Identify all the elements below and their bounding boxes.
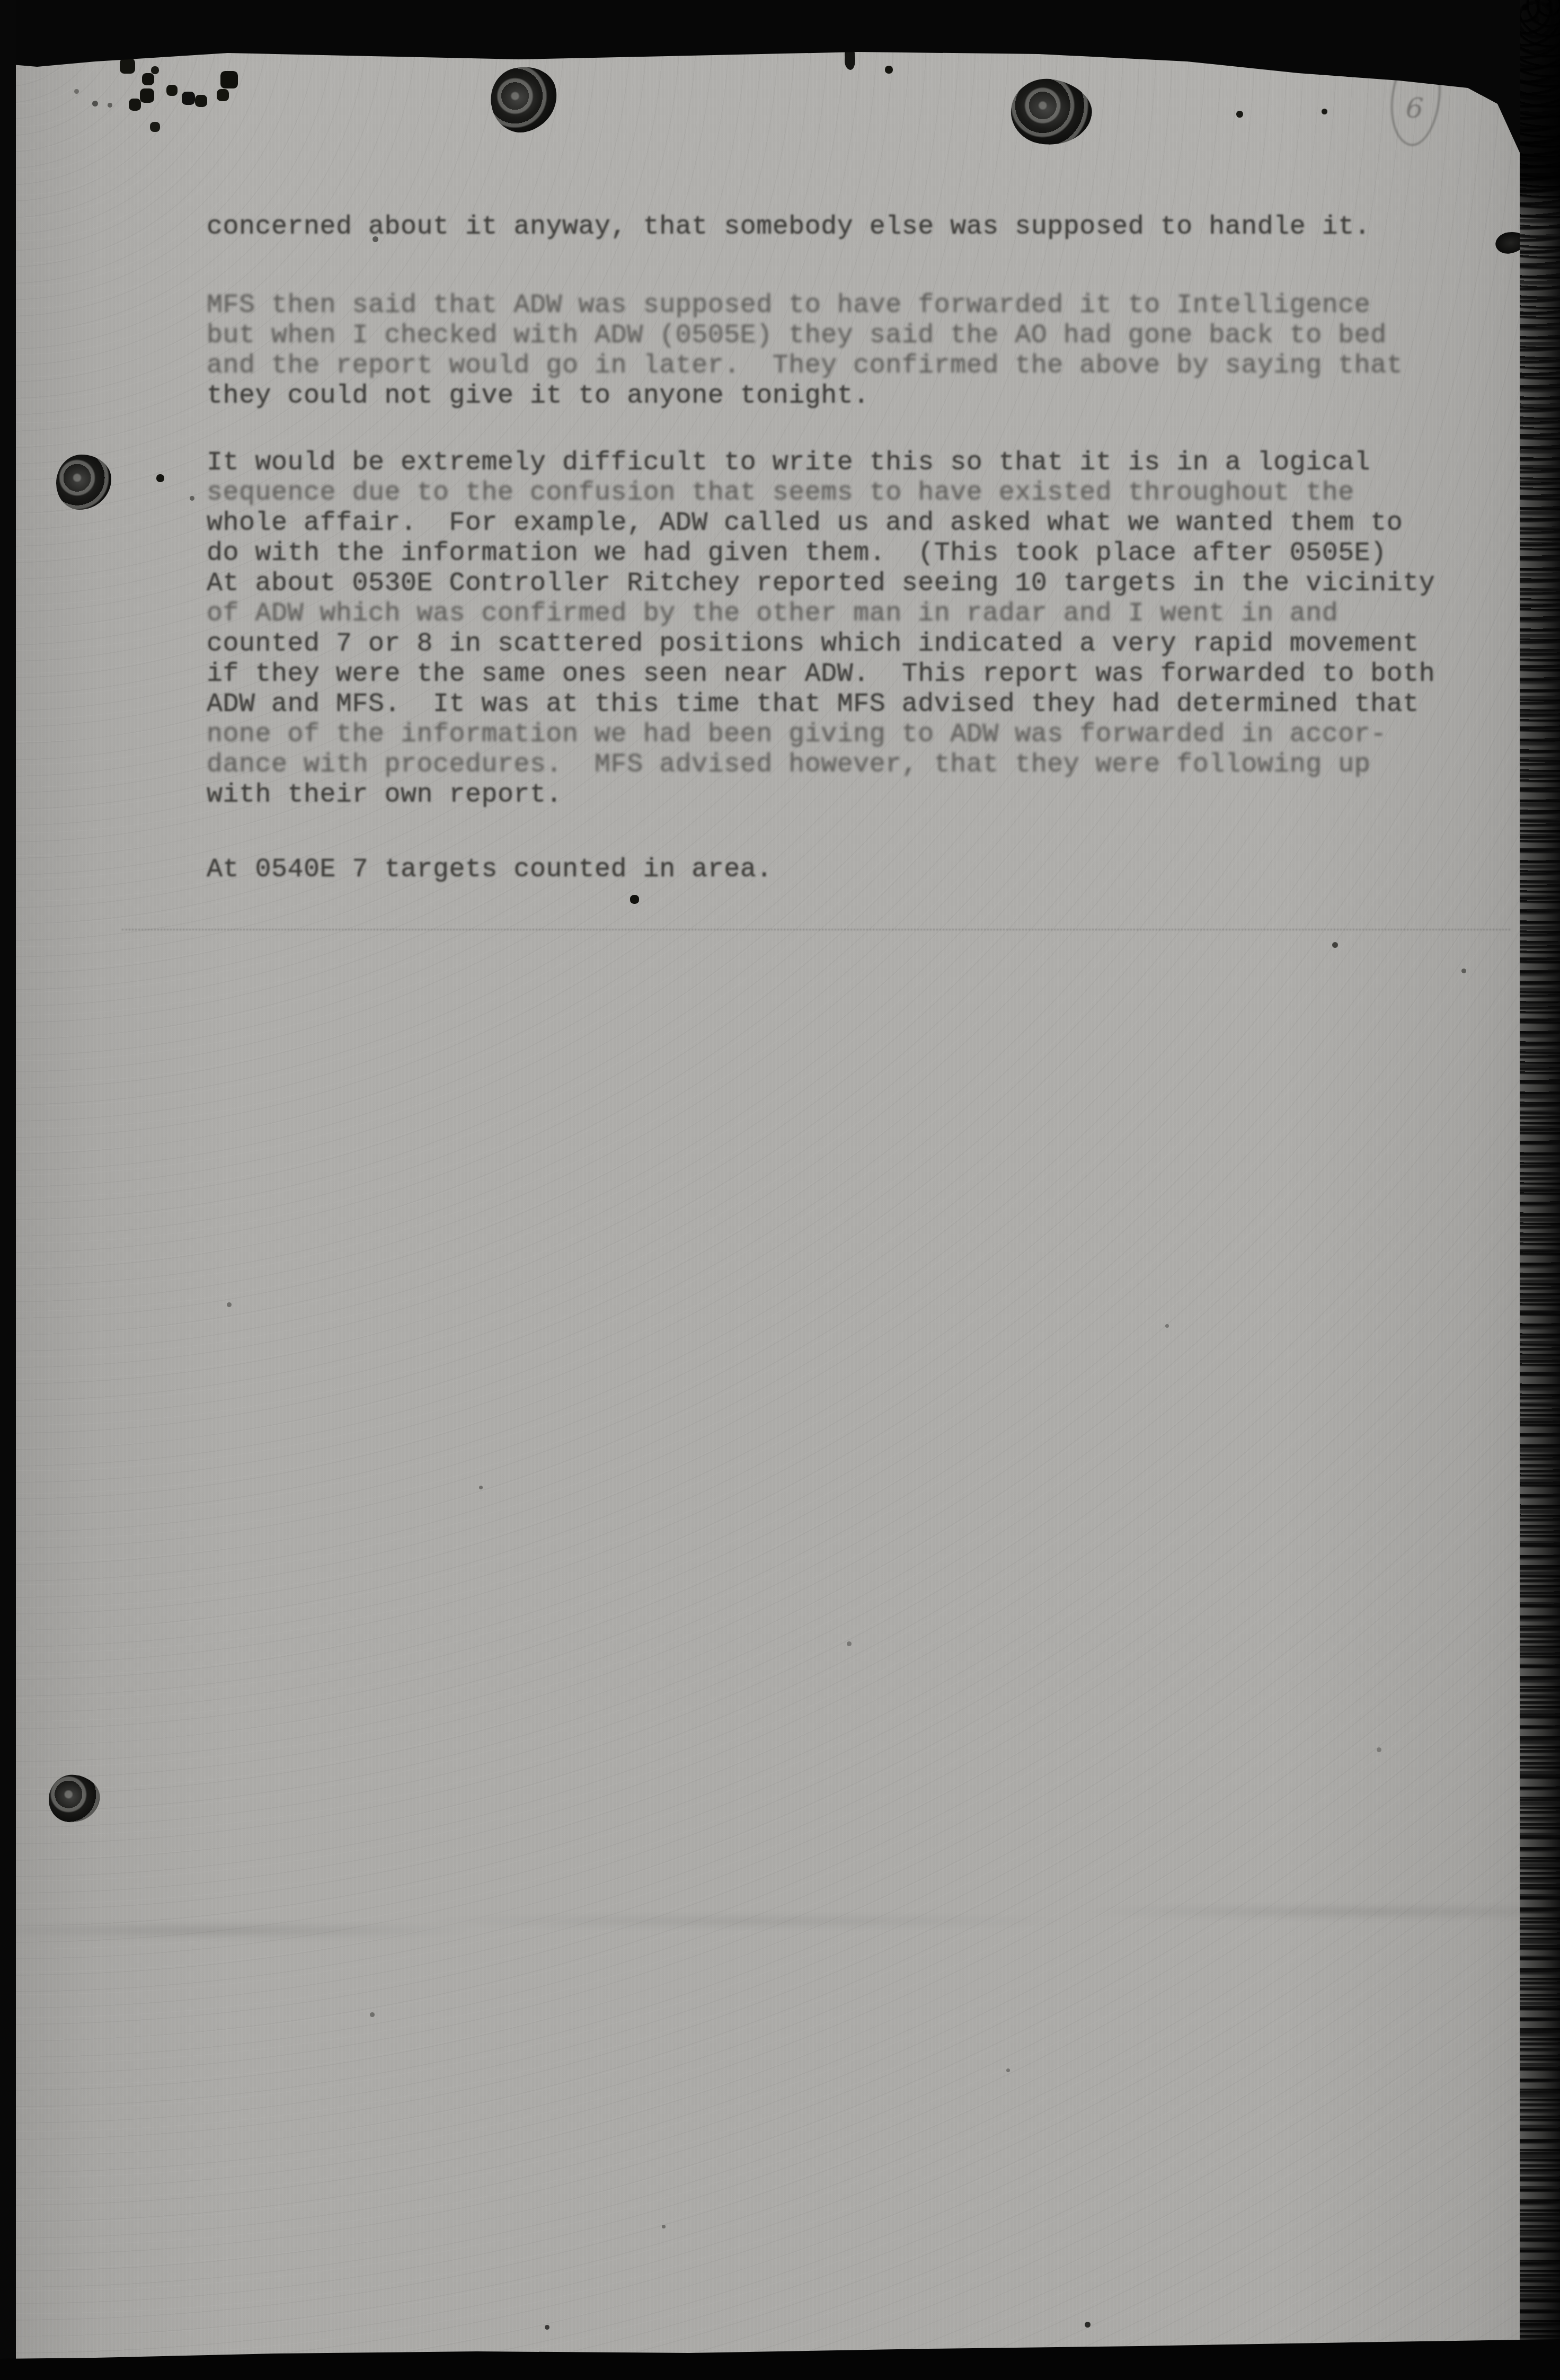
text-line: they could not give it to anyone tonight… (207, 381, 1403, 411)
paragraph: MFS then said that ADW was supposed to h… (207, 290, 1403, 411)
paragraph: At 0540E 7 targets counted in area. (207, 855, 773, 885)
text-line: sequence due to the confusion that seems… (207, 478, 1435, 508)
text-line: do with the information we had given the… (207, 538, 1435, 569)
paragraph: It would be extremely difficult to write… (207, 448, 1435, 810)
text-line: with their own report. (207, 780, 1435, 810)
text-line: At about 0530E Controller Ritchey report… (207, 569, 1435, 599)
text-line: MFS then said that ADW was supposed to h… (207, 290, 1403, 321)
text-line: concerned about it anyway, that somebody… (207, 212, 1370, 242)
text-line: ADW and MFS. It was at this time that MF… (207, 689, 1435, 720)
text-line: counted 7 or 8 in scattered positions wh… (207, 629, 1435, 659)
text-line: dance with procedures. MFS advised howev… (207, 750, 1435, 780)
scan-border-left (0, 0, 16, 2380)
page-number-annotation: 6 (1405, 92, 1424, 125)
scan-border-right (1520, 0, 1560, 2380)
text-line: and the report would go in later. They c… (207, 351, 1403, 381)
text-line: of ADW which was confirmed by the other … (207, 599, 1435, 629)
paragraph: concerned about it anyway, that somebody… (207, 212, 1370, 242)
text-line: whole affair. For example, ADW called us… (207, 508, 1435, 538)
paper-crease-line (122, 929, 1510, 930)
text-line: none of the information we had been givi… (207, 720, 1435, 750)
scanned-page: concerned about it anyway, that somebody… (0, 0, 1560, 2380)
text-line: At 0540E 7 targets counted in area. (207, 855, 773, 885)
paper-fold-shadow (0, 1902, 1560, 1950)
text-line: if they were the same ones seen near ADW… (207, 659, 1435, 689)
typewritten-text: concerned about it anyway, that somebody… (0, 0, 1560, 2380)
text-line: It would be extremely difficult to write… (207, 448, 1435, 478)
text-line: but when I checked with ADW (0505E) they… (207, 321, 1403, 351)
